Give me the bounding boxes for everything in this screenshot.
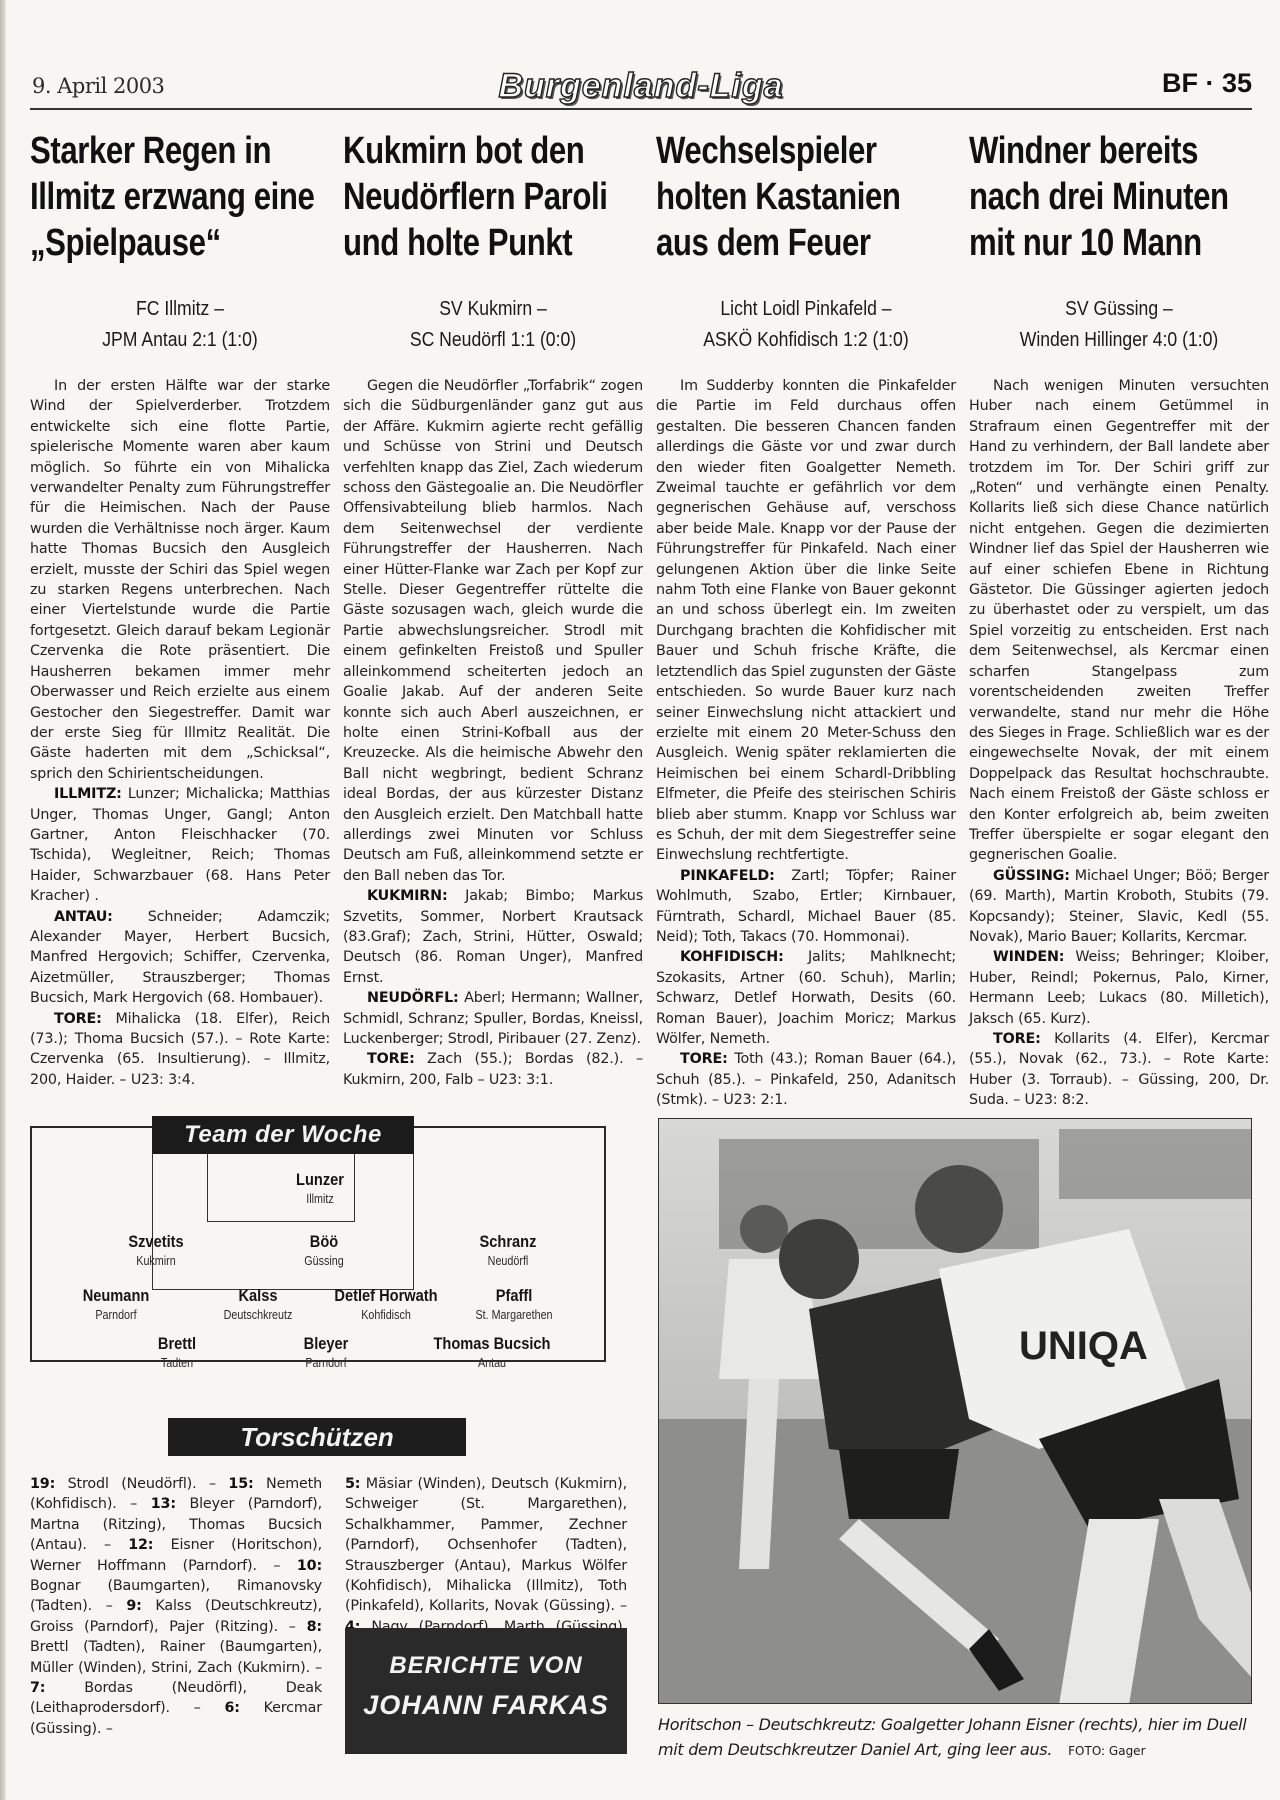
match-home: FC Illmitz – xyxy=(48,294,312,325)
page-spine xyxy=(0,0,6,1800)
headline: Windner bereits nach drei Minuten mit nu… xyxy=(969,128,1268,266)
match-result: SV Güssing – Winden Hillinger 4:0 (1:0) xyxy=(987,294,1251,356)
caption-text: Horitschon – Deutschkreutz: Goalgetter J… xyxy=(658,1715,1246,1759)
article-kukmirn: Kukmirn bot den Neudörflern Paroli und h… xyxy=(343,128,643,1090)
author-box: Berichte von Johann Farkas xyxy=(345,1628,627,1754)
team-of-the-week-title: Team der Woche xyxy=(152,1116,414,1154)
author-label: Berichte von xyxy=(345,1652,627,1680)
page-header: 9. April 2003 Burgenland-Liga BF · 35 xyxy=(30,66,1252,110)
football-players-photo-icon: UNIQA xyxy=(659,1119,1252,1704)
section-title: Burgenland-Liga xyxy=(30,66,1252,106)
lineup: NEUDÖRFL: Aberl; Hermann; Wallner, Schmi… xyxy=(343,988,643,1049)
match-away-score: SC Neudörfl 1:1 (0:0) xyxy=(361,325,625,356)
report-paragraph: In der ersten Hälfte war der starke Wind… xyxy=(30,376,330,784)
player-defender: BööGüssing xyxy=(244,1232,404,1270)
match-home: SV Güssing – xyxy=(987,294,1251,325)
player-defender: SchranzNeudörfl xyxy=(428,1232,588,1270)
article-body: In der ersten Hälfte war der starke Wind… xyxy=(30,376,330,1090)
goals-summary: TORE: Zach (55.); Bordas (82.). – Kukmir… xyxy=(343,1049,643,1090)
article-body: Gegen die Neudörfler „Torfabrik“ zogen s… xyxy=(343,376,643,1090)
player-forward: BleyerParndorf xyxy=(246,1334,406,1372)
match-photo: UNIQA xyxy=(658,1118,1252,1704)
page-number: BF · 35 xyxy=(1162,68,1252,99)
player-forward: Thomas BucsichAntau xyxy=(412,1334,572,1372)
lineup: KOHFIDISCH: Jalits; Mahlknecht; Szokasit… xyxy=(656,947,956,1049)
match-result: SV Kukmirn – SC Neudörfl 1:1 (0:0) xyxy=(361,294,625,356)
lineup: GÜSSING: Michael Unger; Böö; Berger (69.… xyxy=(969,866,1269,948)
lineup: ANTAU: Schneider; Adamczik; Alexander Ma… xyxy=(30,907,330,1009)
report-paragraph: Gegen die Neudörfler „Torfabrik“ zogen s… xyxy=(343,376,643,886)
match-result: Licht Loidl Pinkafeld – ASKÖ Kohfidisch … xyxy=(674,294,938,356)
article-illmitz: Starker Regen in Illmitz erzwang eine „S… xyxy=(30,128,330,1090)
headline: Kukmirn bot den Neudörflern Paroli und h… xyxy=(343,128,642,266)
player-defender: SzvetitsKukmirn xyxy=(76,1232,236,1270)
article-body: Nach wenigen Minuten versuchten Huber na… xyxy=(969,376,1269,1111)
match-away-score: Winden Hillinger 4:0 (1:0) xyxy=(987,325,1251,356)
player-forward: BrettlTadten xyxy=(97,1334,257,1372)
photo-credit: FOTO: Gager xyxy=(1068,1744,1145,1758)
goals-summary: TORE: Mihalicka (18. Elfer), Reich (73.)… xyxy=(30,1009,330,1091)
report-paragraph: Im Sudderby konnten die Pinkafelder die … xyxy=(656,376,956,866)
match-home: SV Kukmirn – xyxy=(361,294,625,325)
article-guessing: Windner bereits nach drei Minuten mit nu… xyxy=(969,128,1269,1111)
headline: Starker Regen in Illmitz erzwang eine „S… xyxy=(30,128,329,266)
match-away-score: JPM Antau 2:1 (1:0) xyxy=(48,325,312,356)
match-home: Licht Loidl Pinkafeld – xyxy=(674,294,938,325)
team-of-the-week: Team der Woche LunzerIllmitz SzvetitsKuk… xyxy=(30,1126,606,1362)
top-scorers-list: 19: Strodl (Neudörfl). – 15: Nemeth (Koh… xyxy=(30,1474,322,1739)
article-body: Im Sudderby konnten die Pinkafelder die … xyxy=(656,376,956,1111)
lineup: ILLMITZ: Lunzer; Michalicka; Matthias Un… xyxy=(30,784,330,906)
player-midfielder: NeumannParndorf xyxy=(36,1286,196,1324)
lineup: WINDEN: Weiss; Behringer; Kloiber, Huber… xyxy=(969,947,1269,1029)
headline: Wechselspieler holten Kastanien aus dem … xyxy=(656,128,955,266)
match-result: FC Illmitz – JPM Antau 2:1 (1:0) xyxy=(48,294,312,356)
goals-summary: TORE: Toth (43.); Roman Bauer (64.), Sch… xyxy=(656,1049,956,1110)
lineup: PINKAFELD: Zartl; Töpfer; Rainer Wohlmut… xyxy=(656,866,956,948)
photo-caption: Horitschon – Deutschkreutz: Goalgetter J… xyxy=(658,1712,1258,1764)
player-goalkeeper: LunzerIllmitz xyxy=(240,1170,400,1208)
match-away-score: ASKÖ Kohfidisch 1:2 (1:0) xyxy=(674,325,938,356)
goals-summary: TORE: Kollarits (4. Elfer), Kercmar (55.… xyxy=(969,1029,1269,1111)
player-midfielder: PfafflSt. Margarethen xyxy=(434,1286,594,1324)
author-name: Johann Farkas xyxy=(345,1690,627,1721)
svg-text:UNIQA: UNIQA xyxy=(1019,1324,1148,1368)
top-scorers-title: Torschützen xyxy=(168,1418,466,1456)
article-pinkafeld: Wechselspieler holten Kastanien aus dem … xyxy=(656,128,956,1111)
lineup: KUKMIRN: Jakab; Bimbo; Markus Szvetits, … xyxy=(343,886,643,988)
report-paragraph: Nach wenigen Minuten versuchten Huber na… xyxy=(969,376,1269,866)
